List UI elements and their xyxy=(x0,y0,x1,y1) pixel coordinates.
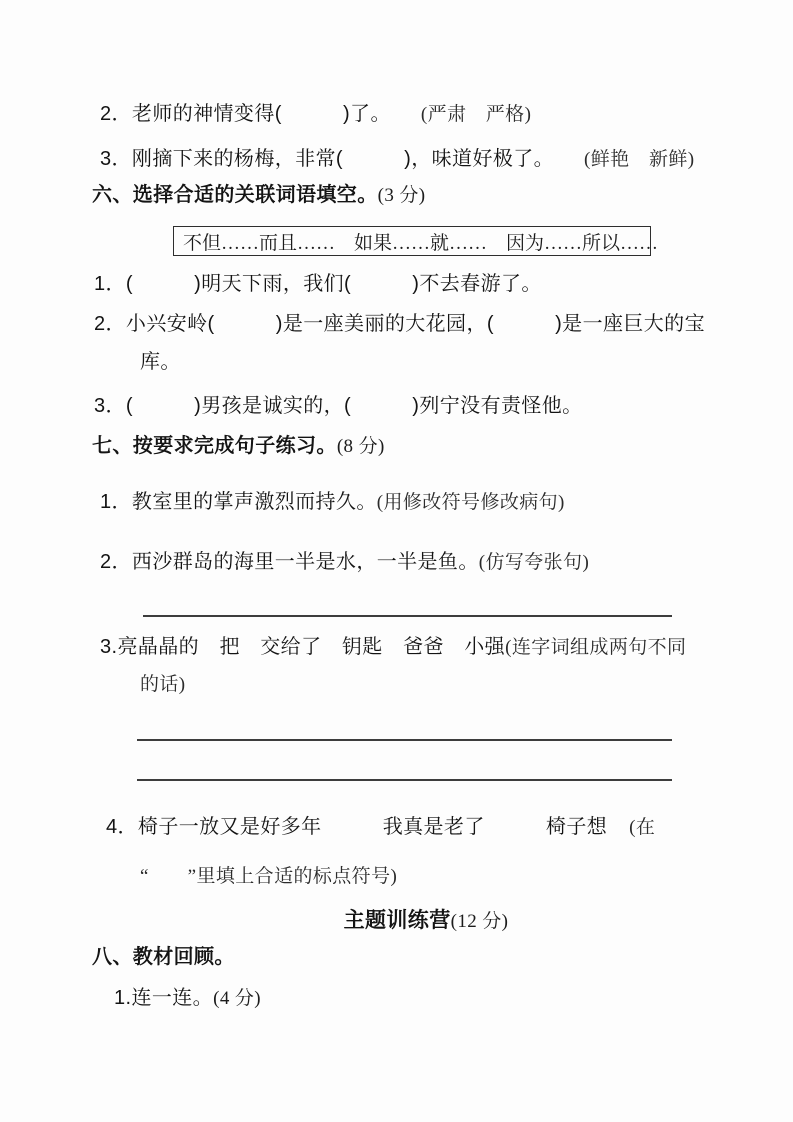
question-5-2-choices: (严肃 严格) xyxy=(421,104,531,125)
section-6-score: (3 分) xyxy=(378,185,426,206)
question-5-3-choices: (鲜艳 新鲜) xyxy=(584,149,694,170)
question-6-2-line2: 库。 xyxy=(140,351,181,374)
question-7-3-note-line2: 的话) xyxy=(140,674,186,696)
banner-title-text: 主题训练营 xyxy=(344,909,451,932)
question-6-3: 3．( )男孩是诚实的，( )列宁没有责怪他。 xyxy=(94,395,583,418)
question-7-3-text: 3.亮晶晶的 把 交给了 钥匙 爸爸 小强 xyxy=(100,636,505,658)
answer-blank-line-1 xyxy=(143,615,672,617)
question-7-4-note-open: (在 xyxy=(629,817,655,838)
question-7-1-text: 1．教室里的掌声激烈而持久。 xyxy=(100,491,377,513)
answer-blank-line-3 xyxy=(137,779,672,781)
section-6-heading-text: 六、选择合适的关联词语填空。 xyxy=(92,184,378,206)
question-6-1: 1．( )明天下雨，我们( )不去春游了。 xyxy=(94,273,542,296)
question-7-1: 1．教室里的掌声激烈而持久。(用修改符号修改病句) xyxy=(100,491,565,514)
section-8-heading: 八、教材回顾。 xyxy=(92,946,235,969)
question-7-1-note: (用修改符号修改病句) xyxy=(377,492,565,513)
question-7-4-note-line2: “ ”里填上合适的标点符号) xyxy=(140,866,397,888)
banner-title: 主题训练营(12 分) xyxy=(56,904,793,934)
section-7-heading: 七、按要求完成句子练习。(8 分) xyxy=(92,435,385,458)
banner-score: (12 分) xyxy=(451,911,509,932)
question-7-2-note: (仿写夸张句) xyxy=(479,552,589,573)
question-5-2-text: 2．老师的神情变得( )了。 xyxy=(100,103,391,125)
question-5-3-text: 3．刚摘下来的杨梅，非常( )，味道好极了。 xyxy=(100,148,554,170)
question-7-3: 3.亮晶晶的 把 交给了 钥匙 爸爸 小强(连字词组成两句不同 xyxy=(100,636,686,659)
worksheet-page: 2．老师的神情变得( )了。(严肃 严格) 3．刚摘下来的杨梅，非常( )，味道… xyxy=(0,0,793,1122)
question-7-2-text: 2．西沙群岛的海里一半是水，一半是鱼。 xyxy=(100,551,479,573)
answer-blank-line-2 xyxy=(137,739,672,741)
question-8-1-text: 1.连一连。 xyxy=(114,987,213,1009)
word-bank-box: 不但……而且…… 如果……就…… 因为……所以…… xyxy=(173,226,651,256)
question-5-2: 2．老师的神情变得( )了。(严肃 严格) xyxy=(100,103,531,126)
section-7-score: (8 分) xyxy=(337,436,385,457)
question-7-4: 4．椅子一放又是好多年 我真是老了 椅子想(在 xyxy=(106,816,655,839)
section-6-heading: 六、选择合适的关联词语填空。(3 分) xyxy=(92,184,426,207)
section-7-heading-text: 七、按要求完成句子练习。 xyxy=(92,435,337,457)
question-5-3: 3．刚摘下来的杨梅，非常( )，味道好极了。(鲜艳 新鲜) xyxy=(100,148,695,171)
question-6-2-line1: 2．小兴安岭( )是一座美丽的大花园，( )是一座巨大的宝 xyxy=(94,313,705,336)
question-7-4-text: 4．椅子一放又是好多年 我真是老了 椅子想 xyxy=(106,816,607,838)
question-7-3-note-line1: (连字词组成两句不同 xyxy=(505,637,686,658)
question-8-1: 1.连一连。(4 分) xyxy=(114,987,261,1010)
question-7-2: 2．西沙群岛的海里一半是水，一半是鱼。(仿写夸张句) xyxy=(100,551,589,574)
word-bank-text: 不但……而且…… 如果……就…… 因为……所以…… xyxy=(183,228,658,255)
question-8-1-score: (4 分) xyxy=(213,988,261,1009)
